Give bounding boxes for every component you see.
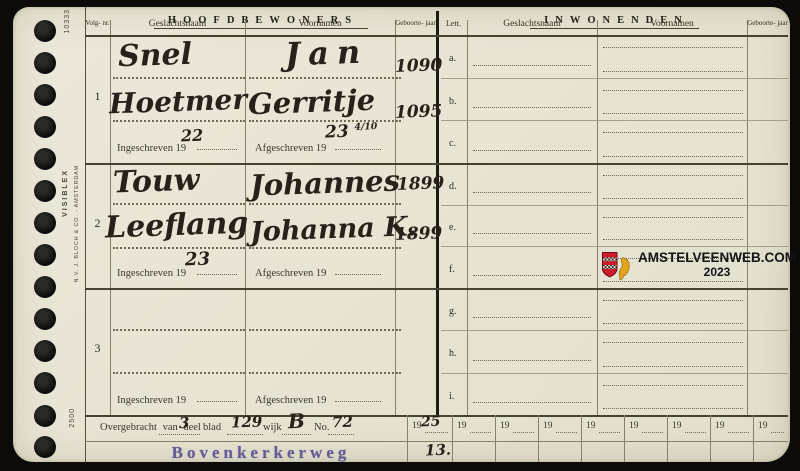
ingeschreven-label: Ingeschreven 19 bbox=[117, 395, 186, 406]
punch-hole bbox=[34, 372, 56, 394]
dotted-rule bbox=[335, 401, 381, 402]
watermark-site: AMSTELVEENWEB.COM bbox=[638, 251, 796, 266]
dotted-rule bbox=[197, 274, 237, 275]
punch-hole bbox=[34, 340, 56, 362]
col-firstnames-left: Voornamen bbox=[245, 20, 395, 30]
amstelveen-coat-of-arms-icon bbox=[601, 251, 635, 283]
blad-label: blad bbox=[203, 422, 221, 433]
dotted-rule bbox=[473, 107, 591, 108]
inwonenden-row-e: e. bbox=[441, 205, 788, 247]
year-prefix: 19 bbox=[543, 421, 553, 431]
dotted-rule bbox=[113, 120, 245, 122]
handwritten-wijk: B bbox=[288, 411, 306, 432]
archive-scan: { "colors": { "background": "#0c0b09", "… bbox=[0, 0, 800, 471]
handwritten-surname: Leeflang bbox=[105, 209, 249, 244]
wijk-label: wijk bbox=[263, 422, 282, 433]
dotted-rule bbox=[473, 317, 591, 318]
dotted-rule bbox=[335, 274, 381, 275]
ingeschreven-label: Ingeschreven 19 bbox=[117, 143, 186, 154]
punch-hole bbox=[34, 148, 56, 170]
col-birthyear-left: Geboorte- jaar bbox=[395, 20, 436, 27]
dotted-rule bbox=[249, 372, 401, 374]
dotted-rule bbox=[113, 372, 245, 374]
handwritten-surname: Snel bbox=[117, 40, 192, 73]
row-letter: a. bbox=[449, 53, 456, 64]
hoofdbewoners-block-3: 3 Ingeschreven 19 Afgeschreven 19 bbox=[85, 288, 437, 415]
dotted-rule bbox=[425, 432, 448, 433]
year-cell: 19 bbox=[710, 415, 753, 441]
dotted-rule bbox=[603, 132, 743, 133]
col-surname-left: Geslachtsnaam bbox=[110, 20, 245, 30]
inwonenden-row-g: g. bbox=[441, 288, 788, 331]
year-prefix: 19 bbox=[715, 421, 725, 431]
row-letter: g. bbox=[449, 306, 457, 317]
inwonenden-row-a: a. bbox=[441, 35, 788, 79]
dotted-rule bbox=[599, 432, 620, 433]
handwritten-surname: Hoetmer bbox=[109, 86, 248, 119]
dotted-rule bbox=[470, 432, 491, 433]
year-cell: 19 bbox=[538, 415, 581, 441]
col-firstnames-right: Voornamen bbox=[597, 20, 747, 30]
punch-hole bbox=[34, 405, 56, 427]
form-number: 10333 bbox=[64, 9, 71, 33]
row-letter: b. bbox=[449, 96, 457, 107]
handwritten-birthyear: 1899 bbox=[397, 175, 445, 194]
dotted-rule bbox=[249, 329, 401, 331]
year-cell: 19 bbox=[452, 415, 495, 441]
dotted-rule bbox=[473, 192, 591, 193]
handwritten-birthyear: 1095 bbox=[395, 103, 443, 122]
punch-hole bbox=[34, 212, 56, 234]
row-letter: e. bbox=[449, 222, 456, 233]
address-row: Bovenkerkerweg 13. bbox=[85, 441, 788, 462]
row-letter: c. bbox=[449, 138, 456, 149]
punch-hole bbox=[34, 116, 56, 138]
inwonenden-row-c: c. bbox=[441, 120, 788, 163]
punch-hole bbox=[34, 180, 56, 202]
dotted-rule bbox=[249, 77, 401, 79]
dotted-rule bbox=[603, 90, 743, 91]
dotted-rule bbox=[328, 434, 354, 435]
dotted-rule bbox=[113, 329, 245, 331]
dotted-rule bbox=[473, 275, 591, 276]
year-cell: 19 bbox=[753, 415, 788, 441]
punch-hole bbox=[34, 308, 56, 330]
dotted-rule bbox=[473, 360, 591, 361]
watermark-text: AMSTELVEENWEB.COM 2023 bbox=[638, 251, 796, 279]
dotted-rule bbox=[603, 47, 743, 48]
watermark-year: 2023 bbox=[638, 266, 796, 279]
dotted-rule bbox=[685, 432, 706, 433]
afgeschreven-year-value: 23 bbox=[325, 122, 349, 143]
punch-hole bbox=[34, 276, 56, 298]
col-birthyear-right: Geboorte- jaar bbox=[747, 20, 788, 27]
registration-card: 10333 VISIBLEX N.V. J. BLOCH & CO. - AMS… bbox=[13, 7, 790, 462]
handwritten-birthyear: 1090 bbox=[395, 57, 443, 76]
dotted-rule bbox=[159, 434, 200, 435]
handwritten-house-number: 13. bbox=[425, 443, 452, 459]
year-cell: 19 bbox=[581, 415, 624, 441]
afgeschreven-label: Afgeschreven 19 bbox=[255, 268, 326, 279]
col-surname-right: Geslachtsnaam bbox=[467, 20, 597, 30]
dotted-rule bbox=[603, 323, 743, 324]
dotted-rule bbox=[113, 203, 245, 205]
dotted-rule bbox=[249, 203, 401, 205]
watermark: AMSTELVEENWEB.COM 2023 bbox=[601, 251, 796, 283]
year-prefix: 19 bbox=[672, 421, 682, 431]
row-letter: f. bbox=[449, 264, 455, 275]
handwritten-deel: 3 bbox=[179, 416, 190, 431]
ingeschreven-label: Ingeschreven 19 bbox=[117, 268, 186, 279]
dotted-rule bbox=[473, 150, 591, 151]
year-cell: 19 25 bbox=[407, 415, 452, 441]
handwritten-ingeschreven-year: 22 bbox=[181, 128, 204, 145]
dotted-rule bbox=[556, 432, 577, 433]
handwritten-birthyear: 1899 bbox=[395, 225, 443, 244]
dotted-rule bbox=[227, 434, 263, 435]
dotted-rule bbox=[771, 432, 784, 433]
punch-hole bbox=[34, 244, 56, 266]
dotted-rule bbox=[113, 247, 245, 249]
dotted-rule bbox=[603, 156, 743, 157]
col-lett: Lett. bbox=[440, 20, 467, 28]
year-prefix: 19 bbox=[457, 421, 467, 431]
year-cell: 19 bbox=[667, 415, 710, 441]
row-letter: i. bbox=[449, 391, 454, 402]
dotted-rule bbox=[603, 175, 743, 176]
dotted-rule bbox=[282, 434, 311, 435]
dotted-rule bbox=[197, 401, 237, 402]
handwritten-firstnames: Gerritje bbox=[248, 86, 376, 119]
handwritten-firstnames: Johanna K. bbox=[250, 213, 418, 246]
volgnr: 1 bbox=[85, 89, 110, 104]
handwritten-surname: Touw bbox=[113, 165, 201, 198]
dotted-rule bbox=[603, 198, 743, 199]
lion-glyph bbox=[619, 258, 630, 280]
year-cell: 19 bbox=[495, 415, 538, 441]
year-prefix: 19 bbox=[500, 421, 510, 431]
handwritten-afgeschreven-year: 23 4/10 bbox=[325, 122, 378, 141]
dotted-rule bbox=[335, 149, 381, 150]
year-prefix: 19 bbox=[629, 421, 639, 431]
handwritten-firstnames: Johannes bbox=[250, 166, 401, 200]
dotted-rule bbox=[728, 432, 749, 433]
dotted-rule bbox=[603, 239, 743, 240]
dotted-rule bbox=[603, 366, 743, 367]
street-stamp: Bovenkerkerweg bbox=[121, 443, 401, 463]
dotted-rule bbox=[603, 113, 743, 114]
handwritten-no: 72 bbox=[332, 415, 353, 431]
inwonenden-row-h: h. bbox=[441, 330, 788, 374]
punch-hole bbox=[34, 20, 56, 42]
dotted-rule bbox=[473, 233, 591, 234]
row-letter: d. bbox=[449, 181, 457, 192]
handwritten-year: 25 bbox=[421, 415, 441, 430]
handwritten-ingeschreven-year: 23 bbox=[185, 251, 211, 270]
dotted-rule bbox=[603, 385, 743, 386]
dotted-rule bbox=[603, 342, 743, 343]
afgeschreven-label: Afgeschreven 19 bbox=[255, 143, 326, 154]
dotted-rule bbox=[113, 77, 245, 79]
dotted-rule bbox=[603, 71, 743, 72]
punch-hole bbox=[34, 436, 56, 458]
dotted-rule bbox=[473, 402, 591, 403]
row-letter: h. bbox=[449, 348, 457, 359]
volgnr: 3 bbox=[85, 341, 110, 356]
dotted-rule bbox=[642, 432, 663, 433]
dotted-rule bbox=[197, 149, 237, 150]
hoofdbewoners-block-2: 2 Touw Johannes 1899 Leeflang Johanna K.… bbox=[85, 163, 437, 288]
inwonenden-row-b: b. bbox=[441, 78, 788, 121]
afgeschreven-label: Afgeschreven 19 bbox=[255, 395, 326, 406]
dotted-rule bbox=[473, 65, 591, 66]
afgeschreven-date-value: 4/10 bbox=[354, 121, 377, 133]
inwonenden-row-d: d. bbox=[441, 163, 788, 206]
punch-hole bbox=[34, 84, 56, 106]
print-run: 2500 bbox=[69, 408, 76, 428]
no-label: No. bbox=[314, 422, 329, 433]
maker-company: N.V. J. BLOCH & CO. - AMSTERDAM bbox=[74, 165, 80, 283]
year-prefix: 19 bbox=[758, 421, 768, 431]
dotted-rule bbox=[249, 247, 401, 249]
year-prefix: 19 bbox=[586, 421, 596, 431]
dotted-rule bbox=[603, 300, 743, 301]
handwritten-firstnames: Jan bbox=[284, 36, 368, 71]
handwritten-blad: 129 bbox=[231, 414, 263, 430]
col-volgnr: Volg- nr. bbox=[85, 20, 110, 27]
inwonenden-row-i: i. bbox=[441, 373, 788, 415]
dotted-rule bbox=[603, 217, 743, 218]
hoofdbewoners-block-1: 1 Snel Jan 1090 Hoetmer Gerritje 1095 In… bbox=[85, 35, 437, 163]
year-cell: 19 bbox=[624, 415, 667, 441]
dotted-rule bbox=[603, 408, 743, 409]
punch-hole bbox=[34, 52, 56, 74]
dotted-rule bbox=[513, 432, 534, 433]
maker-name: VISIBLEX bbox=[62, 169, 69, 217]
